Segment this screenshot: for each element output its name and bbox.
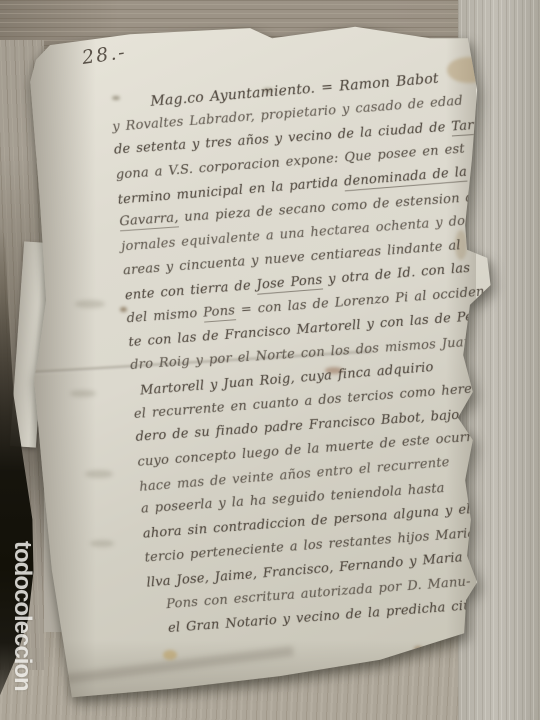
manuscript-word-underlined: Gavarra, [119,210,179,231]
ink-bleed-mark [75,300,105,308]
stain [163,650,177,660]
ink-bleed-mark [70,390,96,397]
site-watermark: todocoleccion [8,541,36,691]
manuscript-word-underlined: Tarra [451,117,489,136]
manuscript-text: Mag.co Ayuntamiento. = Ramon Baboty Rova… [110,68,522,646]
ink-bleed-mark [90,540,114,547]
stain [414,646,423,653]
manuscript-word-underlined: Pons [203,303,236,322]
ink-bleed-mark [85,470,113,478]
paper-wrap: 28.- Mag.co Ayuntamiento. = Ramon Baboty… [0,0,540,720]
document-paper: 28.- Mag.co Ayuntamiento. = Ramon Baboty… [24,24,504,704]
page-number: 28.- [81,41,128,69]
photo-backdrop: 28.- Mag.co Ayuntamiento. = Ramon Baboty… [0,0,540,720]
